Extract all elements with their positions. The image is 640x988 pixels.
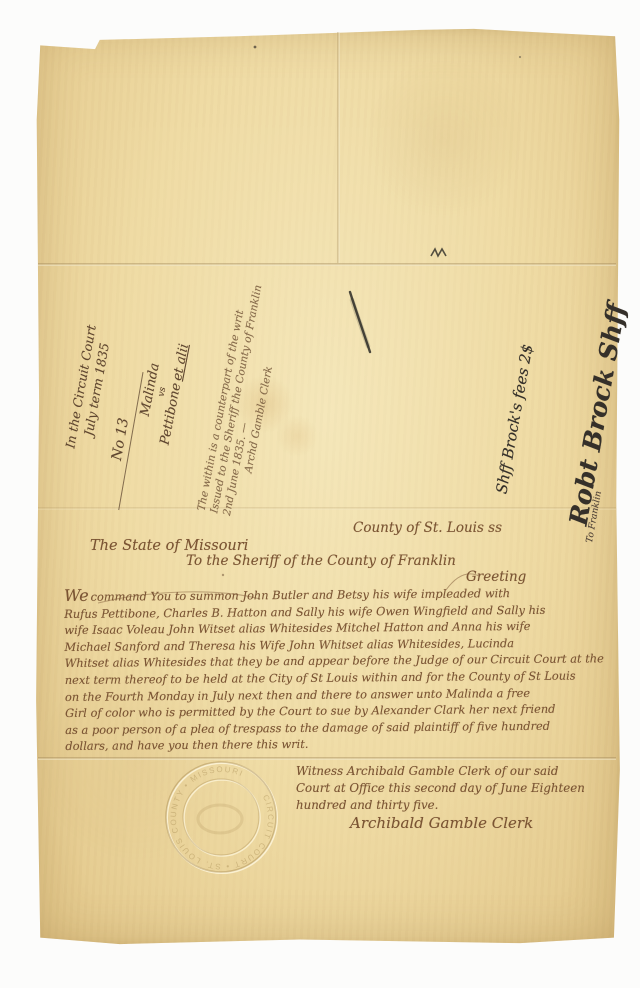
attestation-line-3: hundred and thirty five. [296, 797, 585, 814]
state-line: The State of Missouri [90, 538, 248, 554]
attestation-line-2: Court at Office this second day of June … [296, 780, 585, 797]
writ-lead-word: We [64, 586, 89, 605]
clerk-signature: Archibald Gamble Clerk [350, 814, 533, 832]
greeting-word: Greeting [466, 569, 526, 585]
document-scan: In the Circuit Court July term 1835 No 1… [0, 0, 640, 988]
sheriff-address-line: To the Sheriff of the County of Franklin [186, 553, 456, 569]
venue-line: County of St. Louis ss [353, 520, 502, 536]
attestation-block: Witness Archibald Gamble Clerk of our sa… [296, 763, 585, 814]
fold-crease-vertical [337, 32, 340, 263]
fold-crease-middle [38, 507, 616, 510]
fold-crease-bottom [38, 757, 616, 760]
fold-crease-top [38, 263, 616, 266]
attestation-line-1: Witness Archibald Gamble Clerk of our sa… [296, 763, 585, 780]
writ-body: We command You to summon John Butler and… [64, 583, 605, 755]
